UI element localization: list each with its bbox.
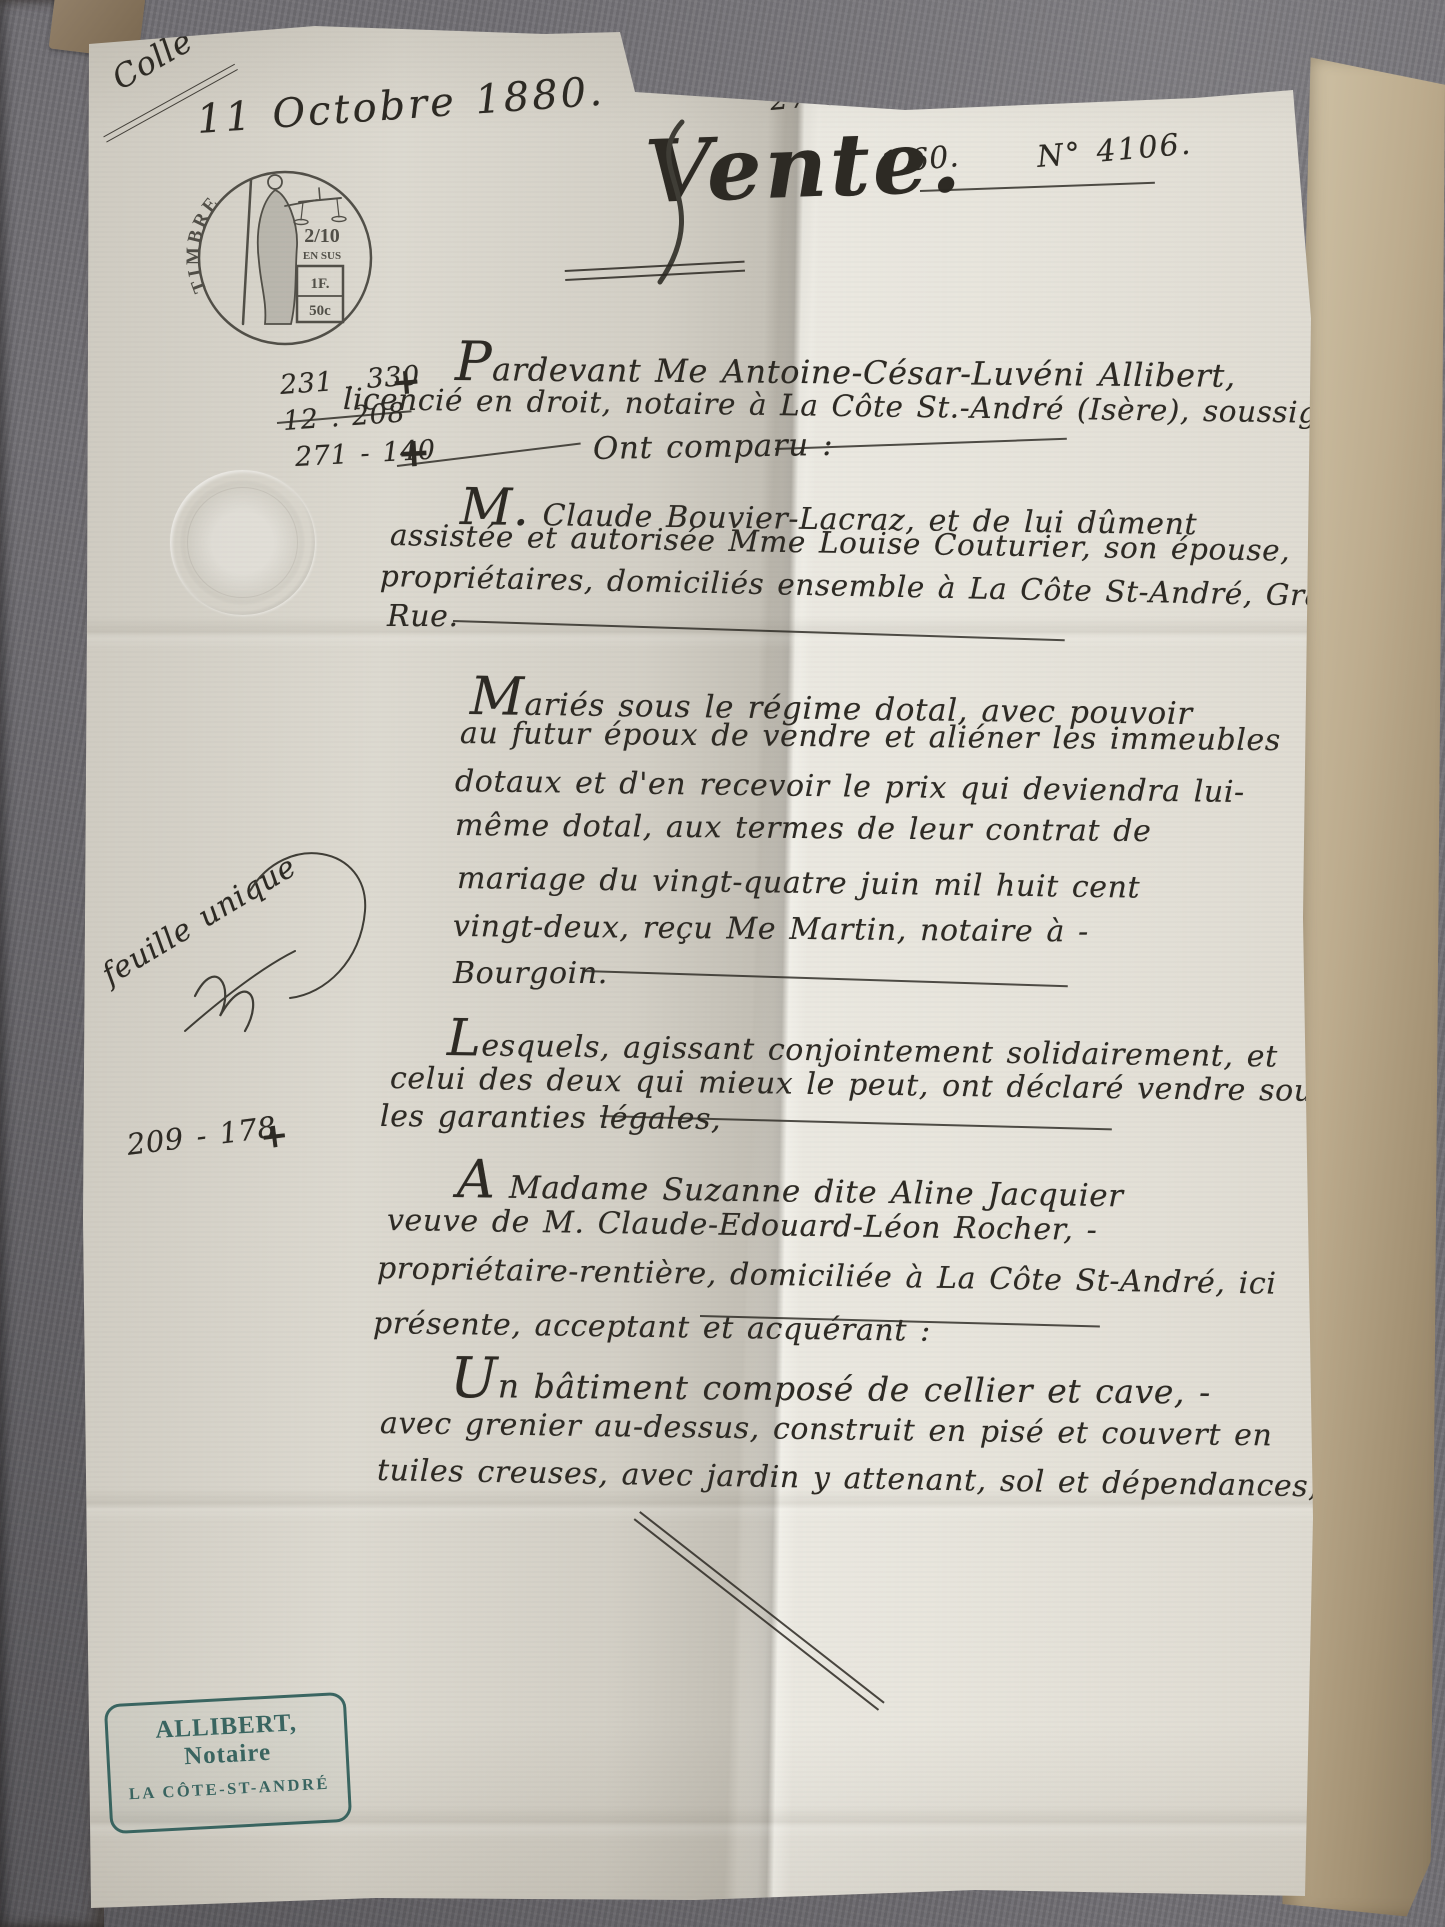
embossed-seal (170, 470, 315, 615)
body-line: dotaux et d'en recevoir le prix qui devi… (455, 764, 1245, 810)
notary-stamp: ALLIBERT, Notaire LA CÔTE-ST-ANDRÉ (104, 1692, 352, 1834)
margin-ref: 209 - 178 (125, 1110, 278, 1162)
body-line: Un bâtiment composé de cellier et cave, … (450, 1346, 1212, 1418)
horizontal-crease (75, 616, 1320, 650)
body-line: même dotal, aux termes de leur contrat d… (455, 808, 1152, 849)
filler-rule (453, 620, 1065, 641)
body-line: Bourgoin. (453, 956, 608, 991)
timbre-label: TIMBRE (183, 191, 224, 295)
closing-diagonal-flourish (634, 1511, 885, 1711)
body-line: au futur époux de vendre et aliéner les … (460, 716, 1281, 758)
filler-rule (583, 970, 1068, 987)
timbre-value-franc: 1F. (310, 276, 329, 292)
registration-note: 27 8e 1880 Vol 1163 N° 44 (769, 45, 1222, 117)
photo-of-notarial-deed: { "colors": { "ink": "#2d2a24", "notary_… (0, 0, 1445, 1927)
body-line: mariage du vingt-quatre juin mil huit ce… (457, 861, 1141, 906)
date-note: 11 Octobre 1880. (195, 69, 606, 143)
paraph-signature (175, 836, 385, 1051)
body-line: Rue. (387, 599, 459, 634)
timbre-stamp: TIMBRE 2/10 EN SUS 1F. 50c (195, 166, 375, 356)
body-line: tuiles creuses, avec jardin y attenant, … (377, 1453, 1319, 1504)
margin-cross-mark: + (258, 1115, 292, 1158)
body-line: présente, acceptant et acquérant : (373, 1306, 931, 1349)
timbre-surtax: 2/10 (304, 225, 340, 247)
notary-stamp-name: ALLIBERT, Notaire (108, 1707, 347, 1775)
body-line: propriétaire-rentière, domiciliée à La C… (377, 1251, 1277, 1302)
document-page: Collé 11 Octobre 1880. 27 8e 1880 Vol 11… (75, 18, 1320, 1913)
body-line: propriétaires, domiciliés ensemble à La … (380, 559, 1391, 614)
timbre-surtax-label: EN SUS (303, 250, 341, 262)
act-number-note: N° 4106. (1035, 126, 1193, 174)
timbre-value-cent: 50c (309, 303, 331, 319)
body-line: vingt-deux, reçu Me Martin, notaire à - (453, 909, 1089, 950)
margin-cross-mark: + (396, 428, 433, 477)
notary-stamp-place: LA CÔTE-ST-ANDRÉ (111, 1773, 348, 1805)
